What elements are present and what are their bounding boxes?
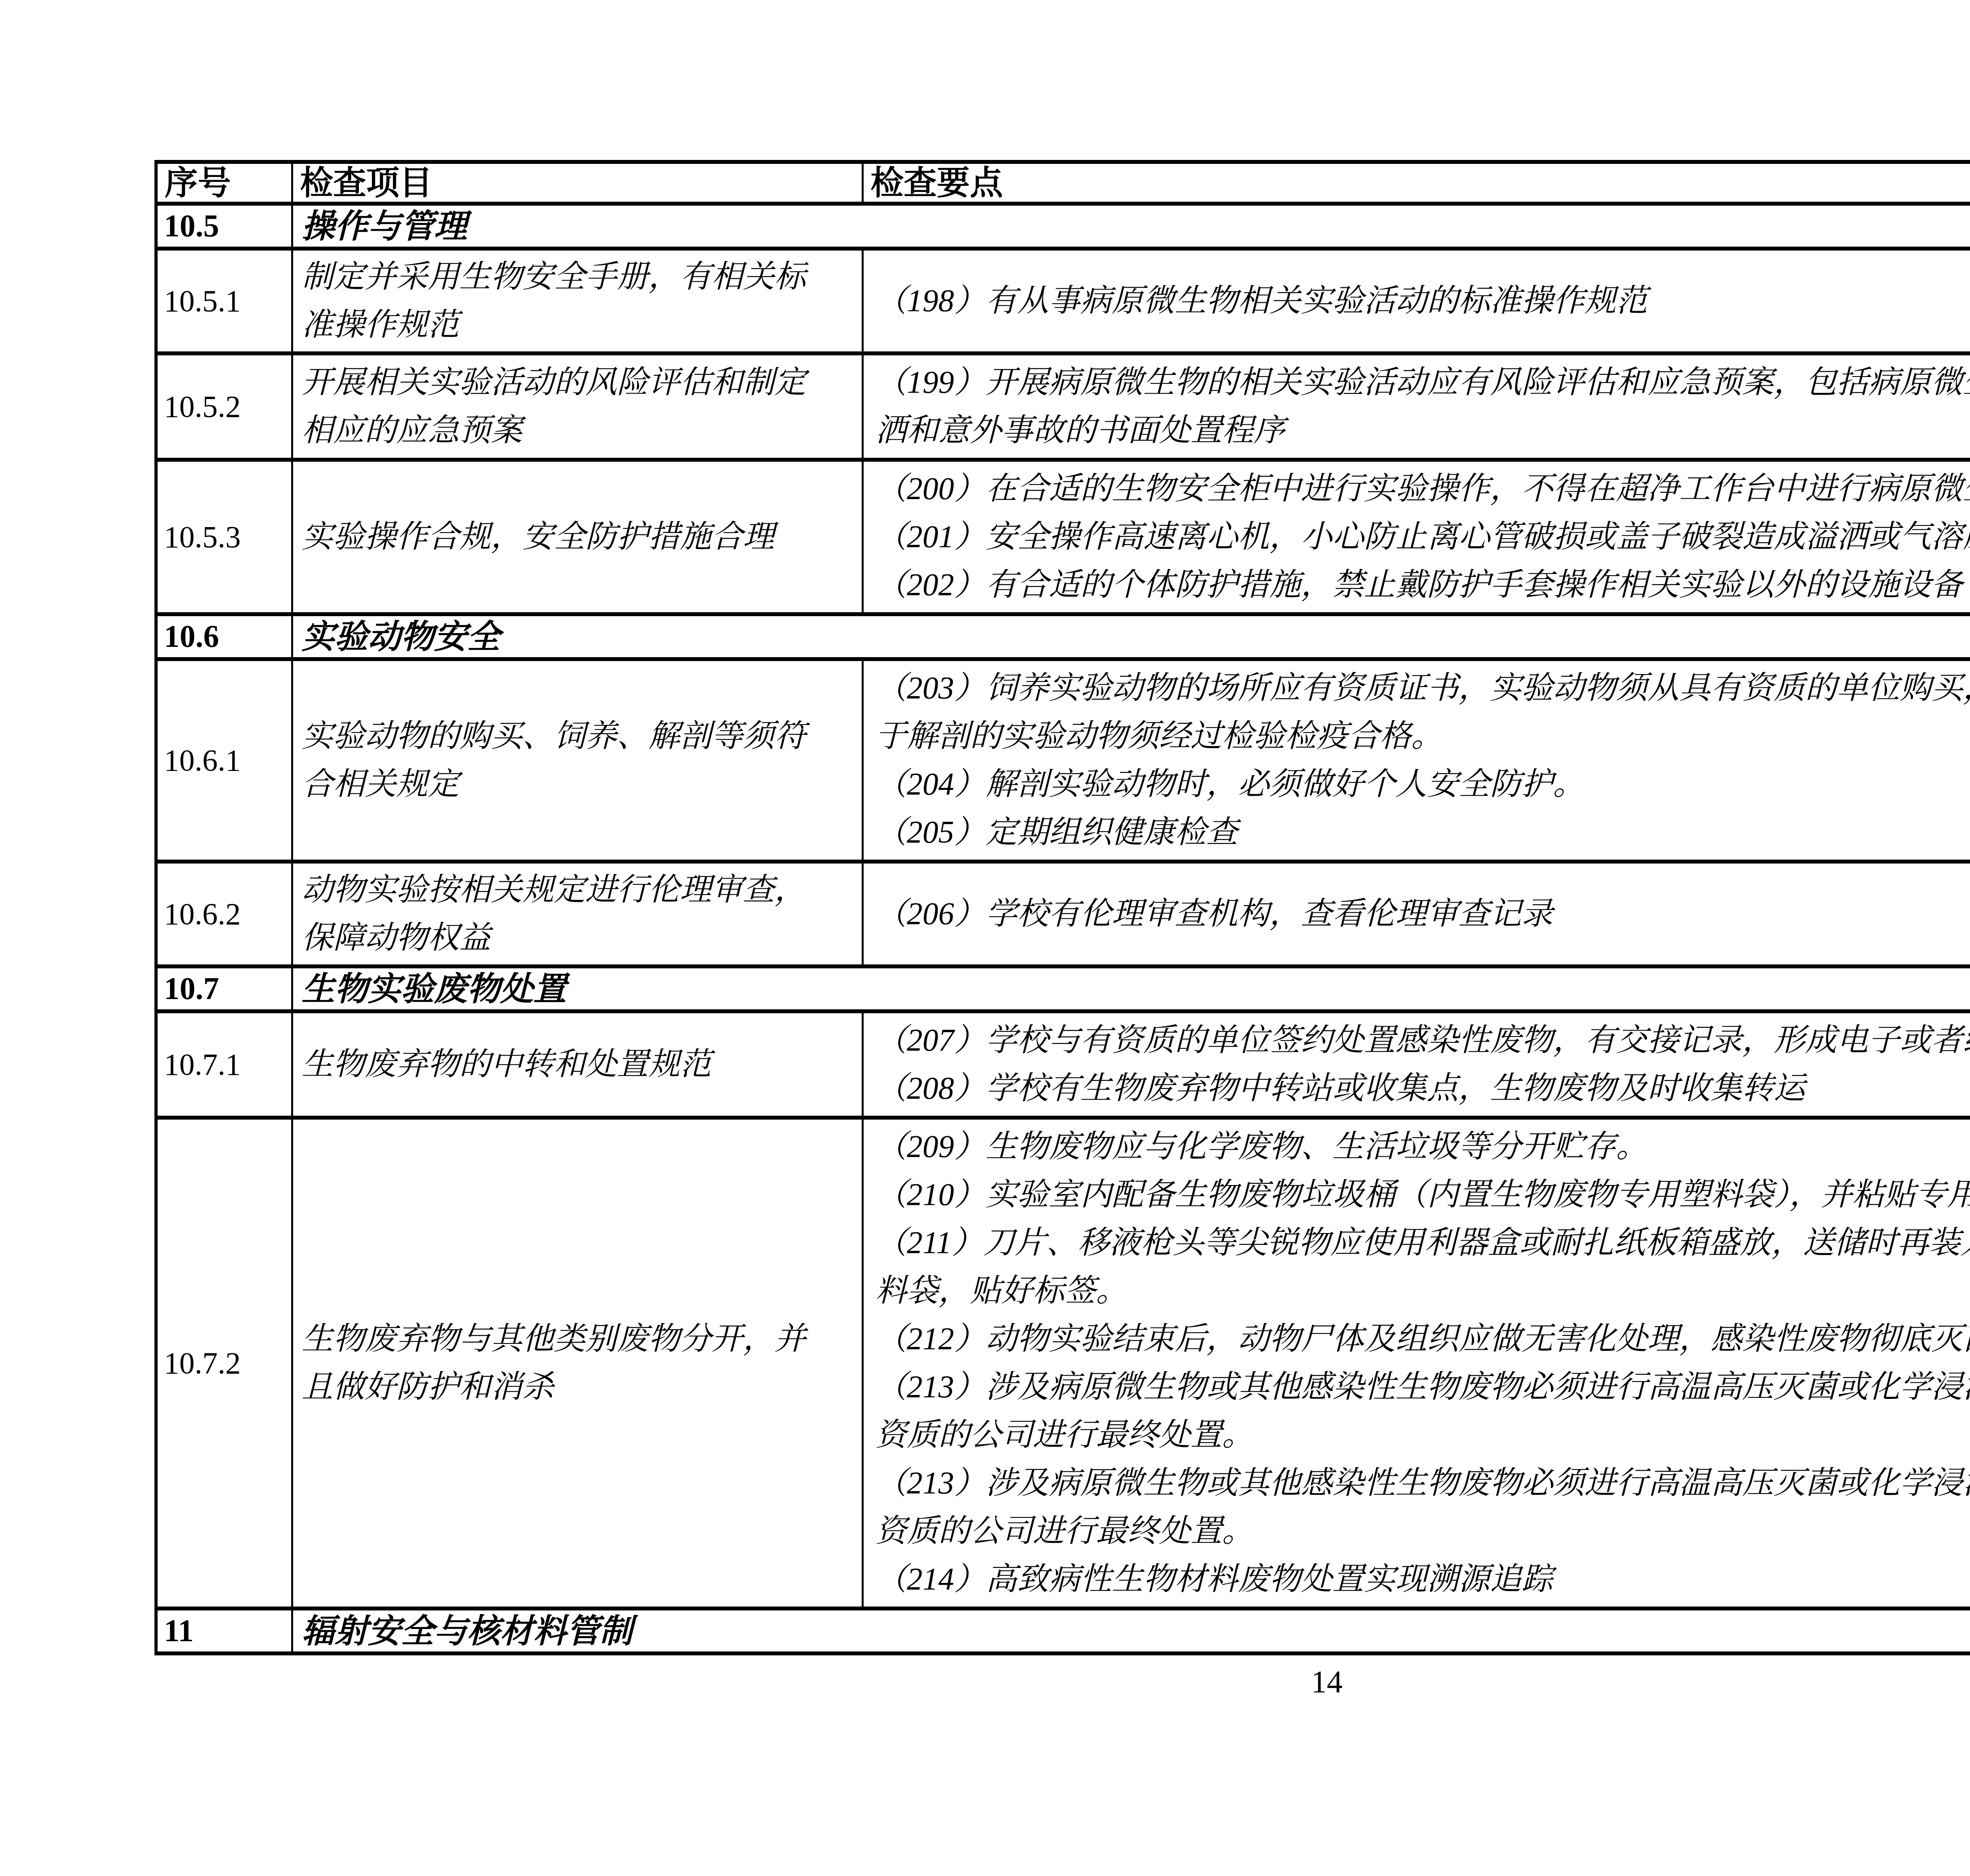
point-line: （203）饲养实验动物的场所应有资质证书，实验动物须从具有资质的单位购买，有合格…	[875, 664, 1970, 760]
point-line: （214）高致病性生物材料废物处置实现溯源追踪	[875, 1555, 1970, 1603]
inspection-item: 动物实验按相关规定进行伦理审查，保障动物权益	[292, 862, 862, 966]
inspection-item-text: 实验动物的购买、饲养、解剖等须符合相关规定	[302, 712, 814, 808]
inspection-item: 生物废弃物的中转和处置规范	[292, 1011, 862, 1118]
inspection-item: 制定并采用生物安全手册，有相关标准操作规范	[292, 249, 862, 353]
inspection-item-text: 实验操作合规，安全防护措施合理	[302, 513, 814, 561]
row-id: 10.7.2	[156, 1118, 292, 1609]
inspection-item-text: 动物实验按相关规定进行伦理审查，保障动物权益	[302, 866, 814, 962]
table-body: 10.5 操作与管理 10.5.1 制定并采用生物安全手册，有相关标准操作规范 …	[156, 204, 1970, 1653]
inspection-item: 开展相关实验活动的风险评估和制定相应的应急预案	[292, 353, 862, 460]
item-row: 10.7.1 生物废弃物的中转和处置规范 （207）学校与有资质的单位签约处置感…	[156, 1011, 1970, 1118]
inspection-item-text: 生物废弃物的中转和处置规范	[302, 1040, 814, 1088]
row-id: 11	[156, 1609, 292, 1653]
item-row: 10.6.2 动物实验按相关规定进行伦理审查，保障动物权益 （206）学校有伦理…	[156, 862, 1970, 966]
point-line: （211）刀片、移液枪头等尖锐物应使用利器盒或耐扎纸板箱盛放，送储时再装入生物废…	[875, 1219, 1970, 1315]
inspection-item: 生物废弃物与其他类别废物分开，并且做好防护和消杀	[292, 1118, 862, 1609]
point-line: （198）有从事病原微生物相关实验活动的标准操作规范	[875, 277, 1970, 325]
point-line: （199）开展病原微生物的相关实验活动应有风险评估和应急预案，包括病原微生物及感…	[875, 358, 1970, 455]
column-header-item: 检查项目	[292, 162, 862, 204]
section-row: 10.5 操作与管理	[156, 204, 1970, 249]
row-id: 10.6.2	[156, 862, 292, 966]
point-line: （209）生物废物应与化学废物、生活垃圾等分开贮存。	[875, 1123, 1970, 1171]
point-line: （208）学校有生物废弃物中转站或收集点，生物废物及时收集转运	[875, 1064, 1970, 1113]
inspection-item: 实验操作合规，安全防护措施合理	[292, 460, 862, 614]
page-number: 14	[0, 1666, 1970, 1698]
column-header-points: 检查要点	[862, 162, 1970, 204]
row-id: 10.7	[156, 966, 292, 1011]
row-id: 10.5.3	[156, 460, 292, 614]
section-title: 操作与管理	[292, 204, 1970, 249]
section-row: 11 辐射安全与核材料管制	[156, 1609, 1970, 1653]
point-line: （202）有合适的个体防护措施，禁止戴防护手套操作相关实验以外的设施设备	[875, 561, 1970, 609]
row-id: 10.5	[156, 204, 292, 249]
inspection-points: （209）生物废物应与化学废物、生活垃圾等分开贮存。（210）实验室内配备生物废…	[862, 1118, 1970, 1609]
item-row: 10.5.1 制定并采用生物安全手册，有相关标准操作规范 （198）有从事病原微…	[156, 249, 1970, 353]
point-line: （206）学校有伦理审查机构，查看伦理审查记录	[875, 890, 1970, 938]
document-page: 序号 检查项目 检查要点 情况记录 10.5 操作与管理 10.5.1 制定并采…	[0, 0, 1970, 1876]
point-line: （210）实验室内配备生物废物垃圾桶（内置生物废物专用塑料袋），并粘贴专用标签标…	[875, 1171, 1970, 1219]
inspection-points: （198）有从事病原微生物相关实验活动的标准操作规范	[862, 249, 1970, 353]
row-id: 10.6.1	[156, 659, 292, 862]
point-line: （200）在合适的生物安全柜中进行实验操作，不得在超净工作台中进行病原微生物实验…	[875, 465, 1970, 513]
section-row: 10.7 生物实验废物处置	[156, 966, 1970, 1011]
inspection-points: （203）饲养实验动物的场所应有资质证书，实验动物须从具有资质的单位购买，有合格…	[862, 659, 1970, 862]
item-row: 10.6.1 实验动物的购买、饲养、解剖等须符合相关规定 （203）饲养实验动物…	[156, 659, 1970, 862]
inspection-table: 序号 检查项目 检查要点 情况记录 10.5 操作与管理 10.5.1 制定并采…	[154, 160, 1970, 1655]
row-id: 10.6	[156, 614, 292, 659]
inspection-item-text: 制定并采用生物安全手册，有相关标准操作规范	[302, 253, 814, 349]
section-row: 10.6 实验动物安全	[156, 614, 1970, 659]
section-title: 生物实验废物处置	[292, 966, 1970, 1011]
header-row: 序号 检查项目 检查要点 情况记录	[156, 162, 1970, 204]
inspection-points: （199）开展病原微生物的相关实验活动应有风险评估和应急预案，包括病原微生物及感…	[862, 353, 1970, 460]
point-line: （201）安全操作高速离心机，小心防止离心管破损或盖子破裂造成溢洒或气溶胶扩散。	[875, 513, 1970, 561]
inspection-points: （200）在合适的生物安全柜中进行实验操作，不得在超净工作台中进行病原微生物实验…	[862, 460, 1970, 614]
point-line: （212）动物实验结束后，动物尸体及组织应做无害化处理，感染性废物彻底灭菌后方可…	[875, 1315, 1970, 1363]
item-row: 10.5.3 实验操作合规，安全防护措施合理 （200）在合适的生物安全柜中进行…	[156, 460, 1970, 614]
inspection-points: （206）学校有伦理审查机构，查看伦理审查记录	[862, 862, 1970, 966]
point-line: （204）解剖实验动物时，必须做好个人安全防护。	[875, 760, 1970, 808]
point-line: （213）涉及病原微生物或其他感染性生物废物必须进行高温高压灭菌或化学浸泡处理，…	[875, 1459, 1970, 1555]
inspection-item-text: 开展相关实验活动的风险评估和制定相应的应急预案	[302, 358, 814, 455]
item-row: 10.5.2 开展相关实验活动的风险评估和制定相应的应急预案 （199）开展病原…	[156, 353, 1970, 460]
inspection-points: （207）学校与有资质的单位签约处置感染性废物，有交接记录，形成电子或者纸质台账…	[862, 1011, 1970, 1118]
point-line: （205）定期组织健康检查	[875, 808, 1970, 856]
column-header-seq: 序号	[156, 162, 292, 204]
point-line: （213）涉及病原微生物或其他感染性生物废物必须进行高温高压灭菌或化学浸泡处理，…	[875, 1363, 1970, 1459]
point-line: （207）学校与有资质的单位签约处置感染性废物，有交接记录，形成电子或者纸质台账…	[875, 1016, 1970, 1064]
table-header: 序号 检查项目 检查要点 情况记录	[156, 162, 1970, 204]
inspection-item-text: 生物废弃物与其他类别废物分开，并且做好防护和消杀	[302, 1315, 814, 1411]
row-id: 10.7.1	[156, 1011, 292, 1118]
section-title: 实验动物安全	[292, 614, 1970, 659]
section-title: 辐射安全与核材料管制	[292, 1609, 1970, 1653]
inspection-item: 实验动物的购买、饲养、解剖等须符合相关规定	[292, 659, 862, 862]
row-id: 10.5.1	[156, 249, 292, 353]
item-row: 10.7.2 生物废弃物与其他类别废物分开，并且做好防护和消杀 （209）生物废…	[156, 1118, 1970, 1609]
row-id: 10.5.2	[156, 353, 292, 460]
